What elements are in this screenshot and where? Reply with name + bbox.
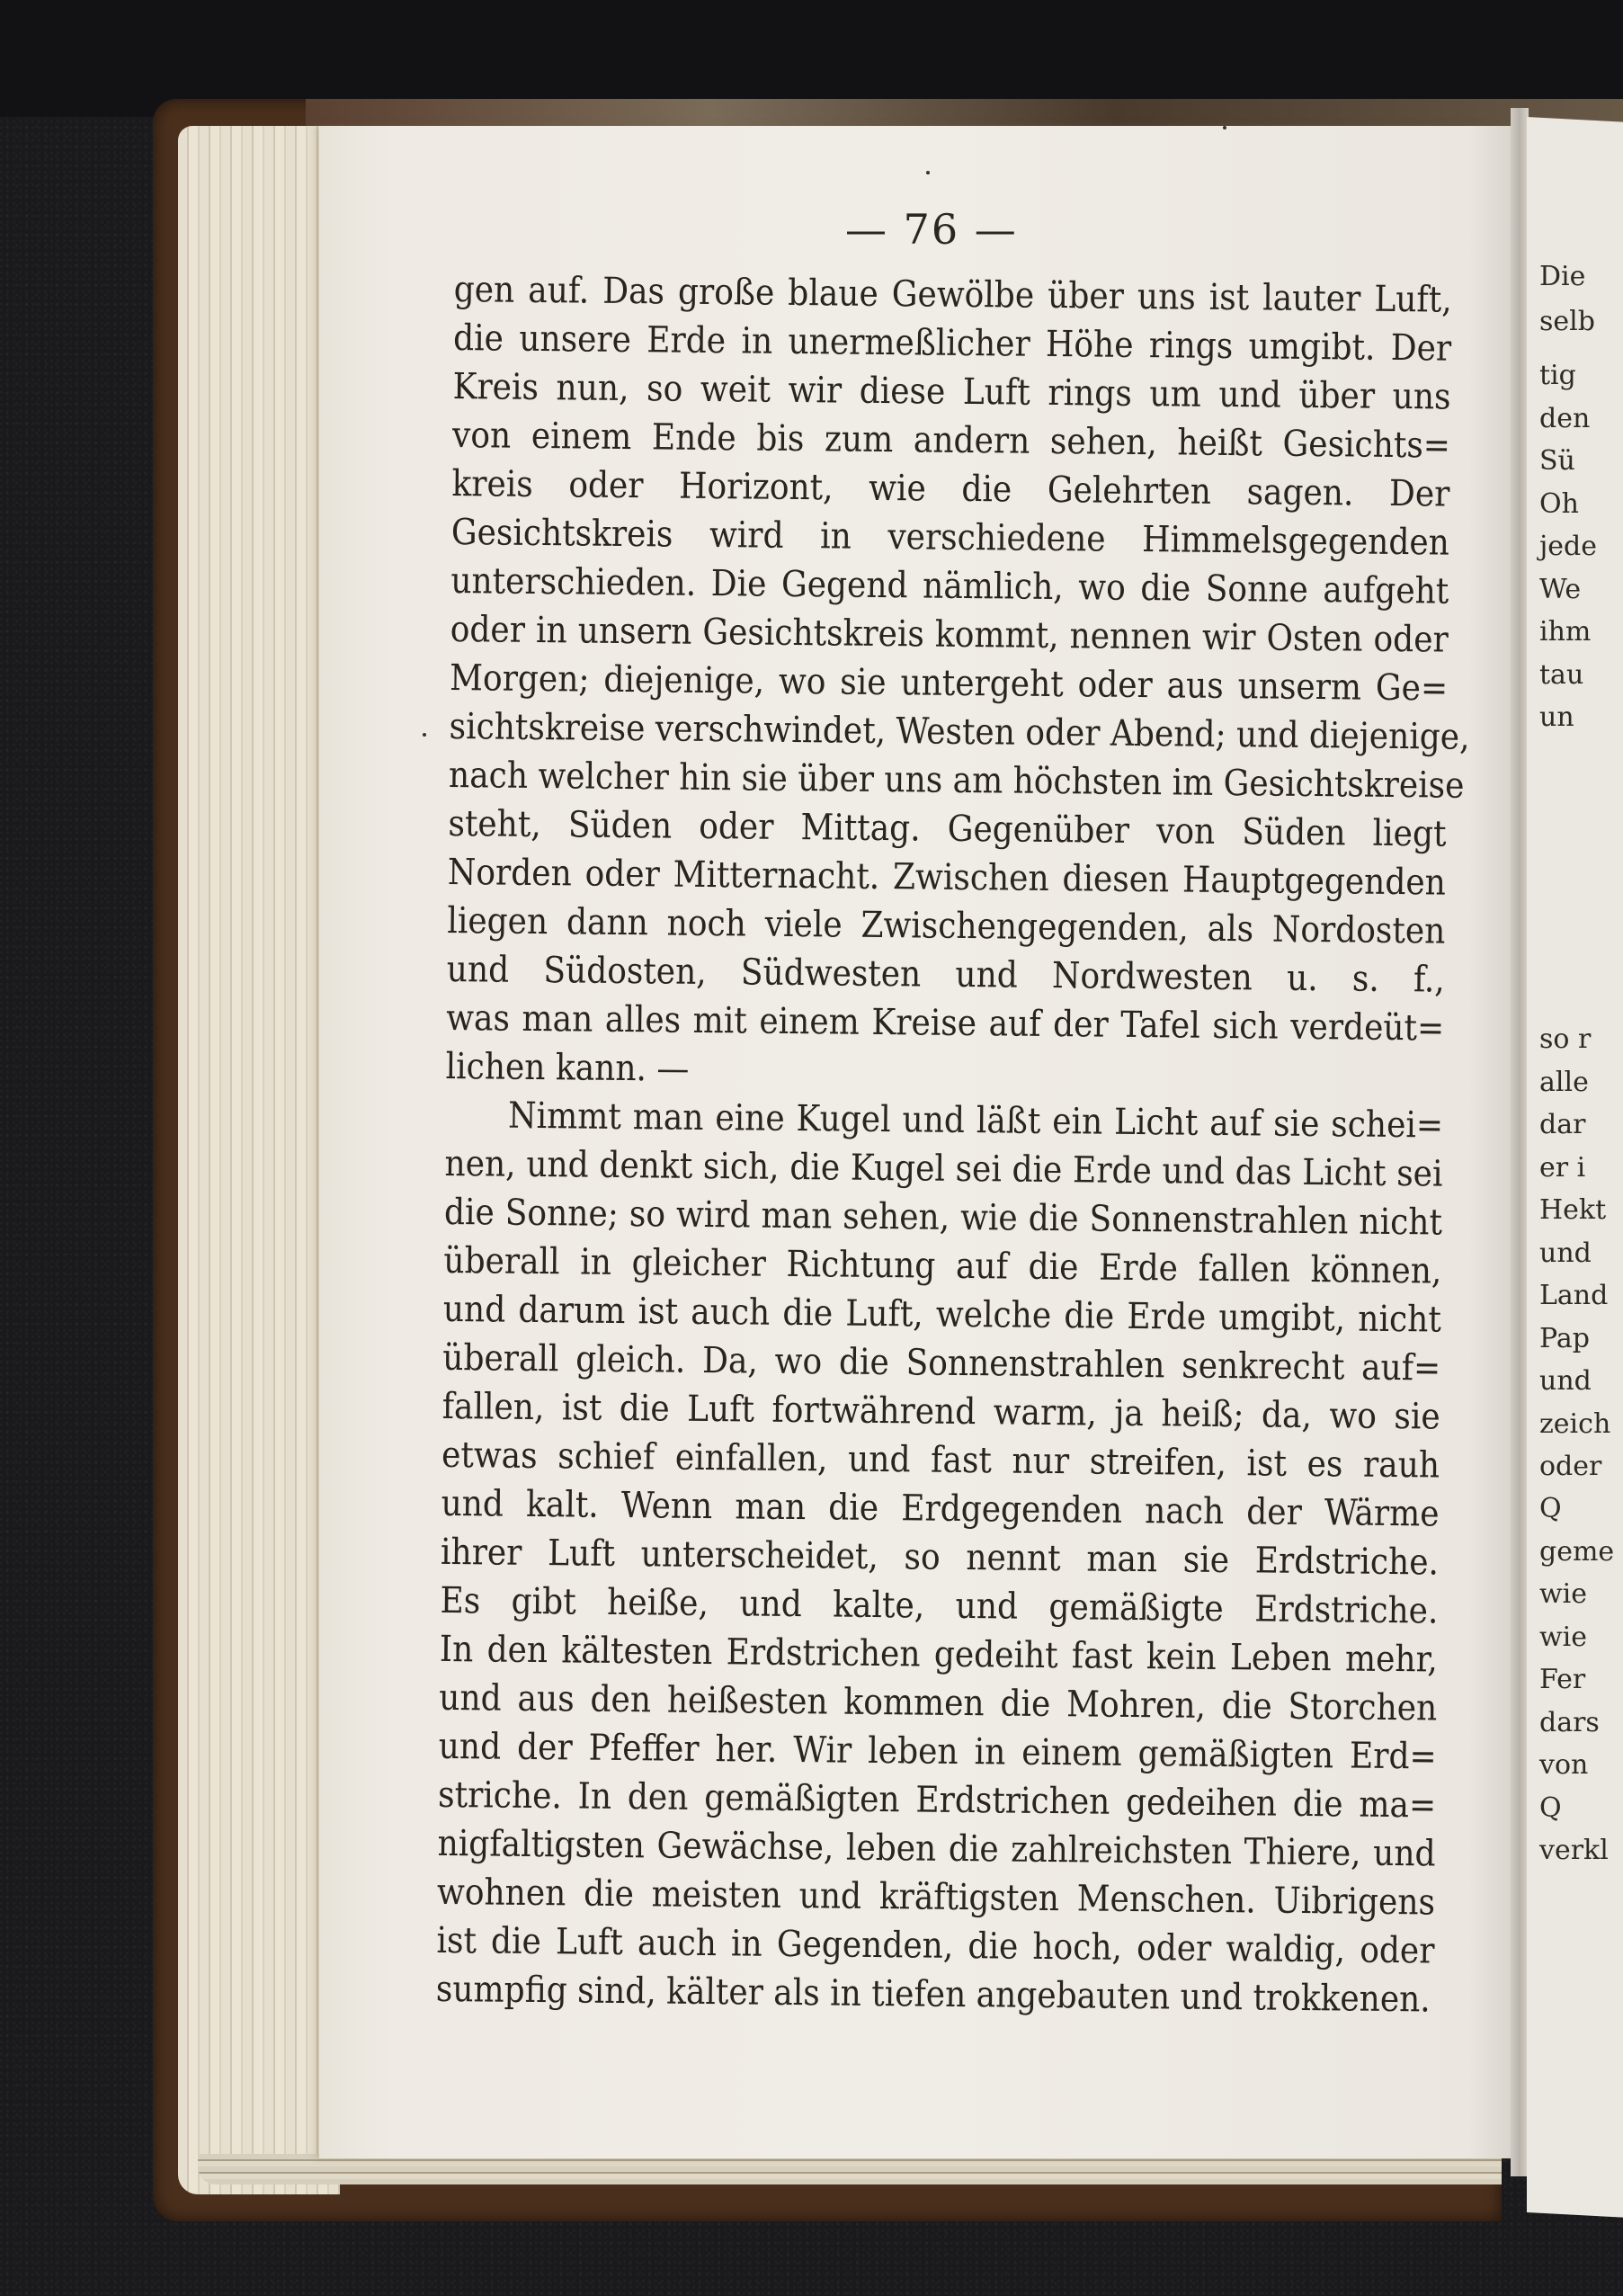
facing-page-line: Sü (1539, 445, 1575, 477)
facing-page-line: den (1539, 403, 1590, 434)
facing-page-line: und (1539, 1365, 1592, 1397)
book-gutter (1511, 108, 1529, 2176)
facing-page-line: so r (1539, 1023, 1591, 1055)
facing-page-line: wie (1539, 1621, 1587, 1653)
facing-page-line: Pap (1539, 1323, 1590, 1354)
page-stack-bottom-edge (198, 2154, 1502, 2184)
facing-page-line: Die (1539, 261, 1585, 292)
facing-page-line: oder (1539, 1451, 1601, 1482)
facing-page-line: ihm (1539, 616, 1591, 648)
facing-page-line: und (1539, 1237, 1592, 1269)
page-stack-edge (178, 126, 340, 2194)
facing-page-line: Hekt (1539, 1194, 1606, 1226)
paper-speck (423, 733, 426, 737)
facing-page-line: verkl (1539, 1835, 1609, 1866)
facing-page-line: Q (1539, 1493, 1562, 1524)
facing-page-line: Fer (1539, 1664, 1585, 1695)
page-number: — 76 — (845, 205, 1018, 254)
facing-page-line: wie (1539, 1578, 1587, 1610)
paper-speck (926, 171, 930, 174)
facing-page-line: dars (1539, 1707, 1600, 1738)
facing-page-line: We (1539, 574, 1581, 605)
facing-page-line: dar (1539, 1109, 1585, 1140)
facing-page-line: Oh (1539, 488, 1579, 520)
facing-page-line: von (1539, 1749, 1588, 1781)
paper-speck (1223, 126, 1226, 130)
facing-page-line: er i (1539, 1152, 1585, 1184)
facing-page-line: tig (1539, 360, 1576, 391)
facing-page-line: Q (1539, 1792, 1562, 1824)
facing-page-line: zeich (1539, 1408, 1610, 1440)
facing-page: DieselbtigdenSüOhjedeWeihmtauunso ralled… (1527, 117, 1623, 2218)
facing-page-line: selb (1539, 306, 1595, 337)
facing-page-line: jede (1539, 531, 1597, 562)
facing-page-line: un (1539, 701, 1574, 733)
facing-page-line: tau (1539, 659, 1583, 691)
facing-page-line: alle (1539, 1067, 1589, 1098)
facing-page-line: Land (1539, 1280, 1608, 1311)
facing-page-line: geme (1539, 1536, 1614, 1568)
